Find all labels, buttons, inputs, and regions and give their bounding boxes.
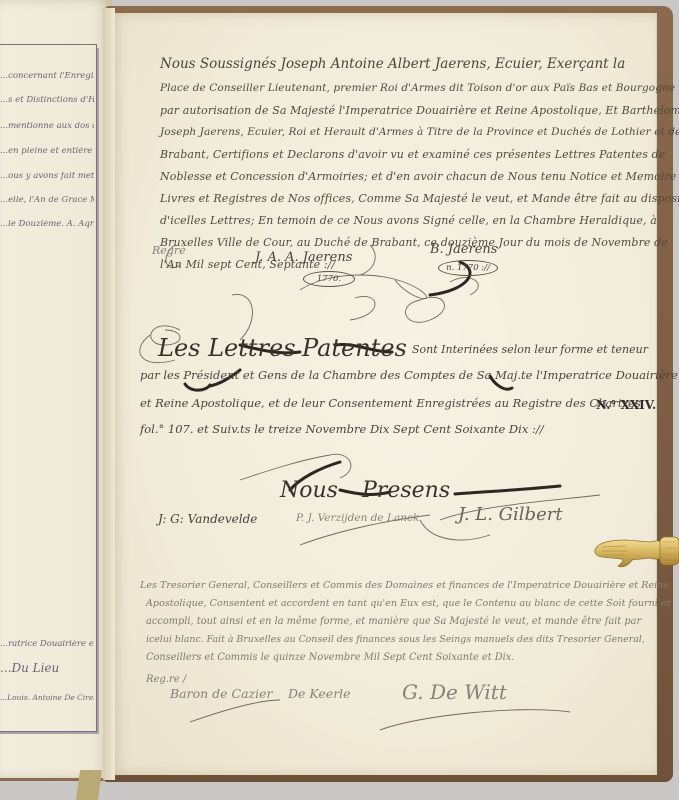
finance-line: Conseillers et Commis le quinze Novembre…: [146, 652, 514, 663]
signature-de-witt: G. De Witt: [402, 680, 507, 704]
left-page-line: ...mentionne aux dos des Présentes: [0, 122, 94, 131]
certificate-line: Brabant, Certifions et Declarons d'avoir…: [160, 148, 665, 161]
bookmark-ribbon: [76, 770, 102, 800]
left-page-line: ...en pleine et entière Exécution,: [0, 147, 94, 156]
left-page-line: ...le Douzième. A. Aqr. 1(70): [0, 220, 94, 229]
left-page-line: ...s et Distinctions d'Honneur: [0, 96, 94, 105]
certificate-line: Joseph Jaerens, Ecuier, Roi et Herault d…: [160, 126, 679, 138]
year-stamp-1770: 1770.: [303, 271, 355, 287]
signature-gilbert: J. L. Gilbert: [458, 504, 563, 525]
registration-line: par les Président et Gens de la Chambre …: [140, 368, 678, 382]
registre-mark: Regré: [152, 244, 186, 257]
signature-baron-de-cazier: Baron de Cazier: [170, 686, 273, 701]
left-page-line: ...concernant l'Enregistremen: [0, 72, 94, 81]
certificate-line: Nous Soussignés Joseph Antoine Albert Ja…: [160, 56, 625, 72]
finance-line: Les Tresorier General, Conseillers et Co…: [140, 580, 669, 591]
certificate-line: Place de Conseiller Lieutenant, premier …: [160, 82, 675, 94]
registration-line: et Reine Apostolique, et de leur Consent…: [140, 396, 641, 410]
finance-line: Apostolique, Consentent et accordent en …: [146, 598, 670, 609]
signature-vandevelde: J: G: Vandevelde: [158, 512, 257, 526]
registration-line: Sont Interinées selon leur forme et tene…: [412, 343, 648, 356]
headline-lettres: Les Lettres: [158, 334, 296, 362]
signature-ja-jaerens: J. A. A. Jaerens: [255, 250, 352, 265]
hand-clasp-icon: [592, 530, 679, 570]
page-gutter: [103, 8, 115, 780]
left-page-line: ...ratrice Douairière et Reine: [0, 640, 94, 649]
certificate-line: Bruxelles Ville de Cour, au Duché de Bra…: [160, 236, 668, 249]
left-page-line: ...ous y avons fait mettre Notre: [0, 172, 94, 181]
closing-nous: Nous: [280, 478, 338, 503]
signature-b-jaerens: B. Jaerens: [430, 242, 497, 257]
left-page-line: ...elle, l'An de Grace Mil-sept: [0, 196, 94, 205]
left-page-signature: ...Du Lieu: [0, 662, 94, 674]
finance-line: icelui blanc. Fait à Bruxelles au Consei…: [146, 634, 645, 645]
number-stamp: n. 1770 ://: [438, 260, 498, 276]
finance-line: accompli, tout ainsi et en la même forme…: [146, 616, 641, 627]
register-number: N.° XXIV.: [596, 398, 656, 412]
certificate-line: Livres et Registres de Nos offices, Comm…: [160, 192, 679, 205]
facing-left-page: ...concernant l'Enregistremen ...s et Di…: [0, 0, 112, 781]
left-page-line: ...Louis. Antoine De Ciresa: [0, 694, 94, 702]
gilt-hand-clasp: [592, 530, 679, 570]
signature-verzijden: P. J. Verzijden de Lanck: [296, 512, 419, 524]
closing-presens: Presens: [362, 478, 450, 503]
certificate-line: Noblesse et Concession d'Armoiries; et d…: [160, 170, 679, 183]
certificate-line: d'icelles Lettres; En temoin de ce Nous …: [160, 214, 657, 227]
finance-reg-mark: Reg.re /: [146, 674, 186, 685]
registration-line: fol.° 107. et Suiv.ts le treize Novembre…: [140, 422, 544, 436]
certificate-line: par autorisation de Sa Majesté l'Imperat…: [160, 104, 679, 117]
signature-de-keerle: De Keerle: [288, 686, 351, 701]
headline-patentes: Patentes: [302, 334, 407, 362]
